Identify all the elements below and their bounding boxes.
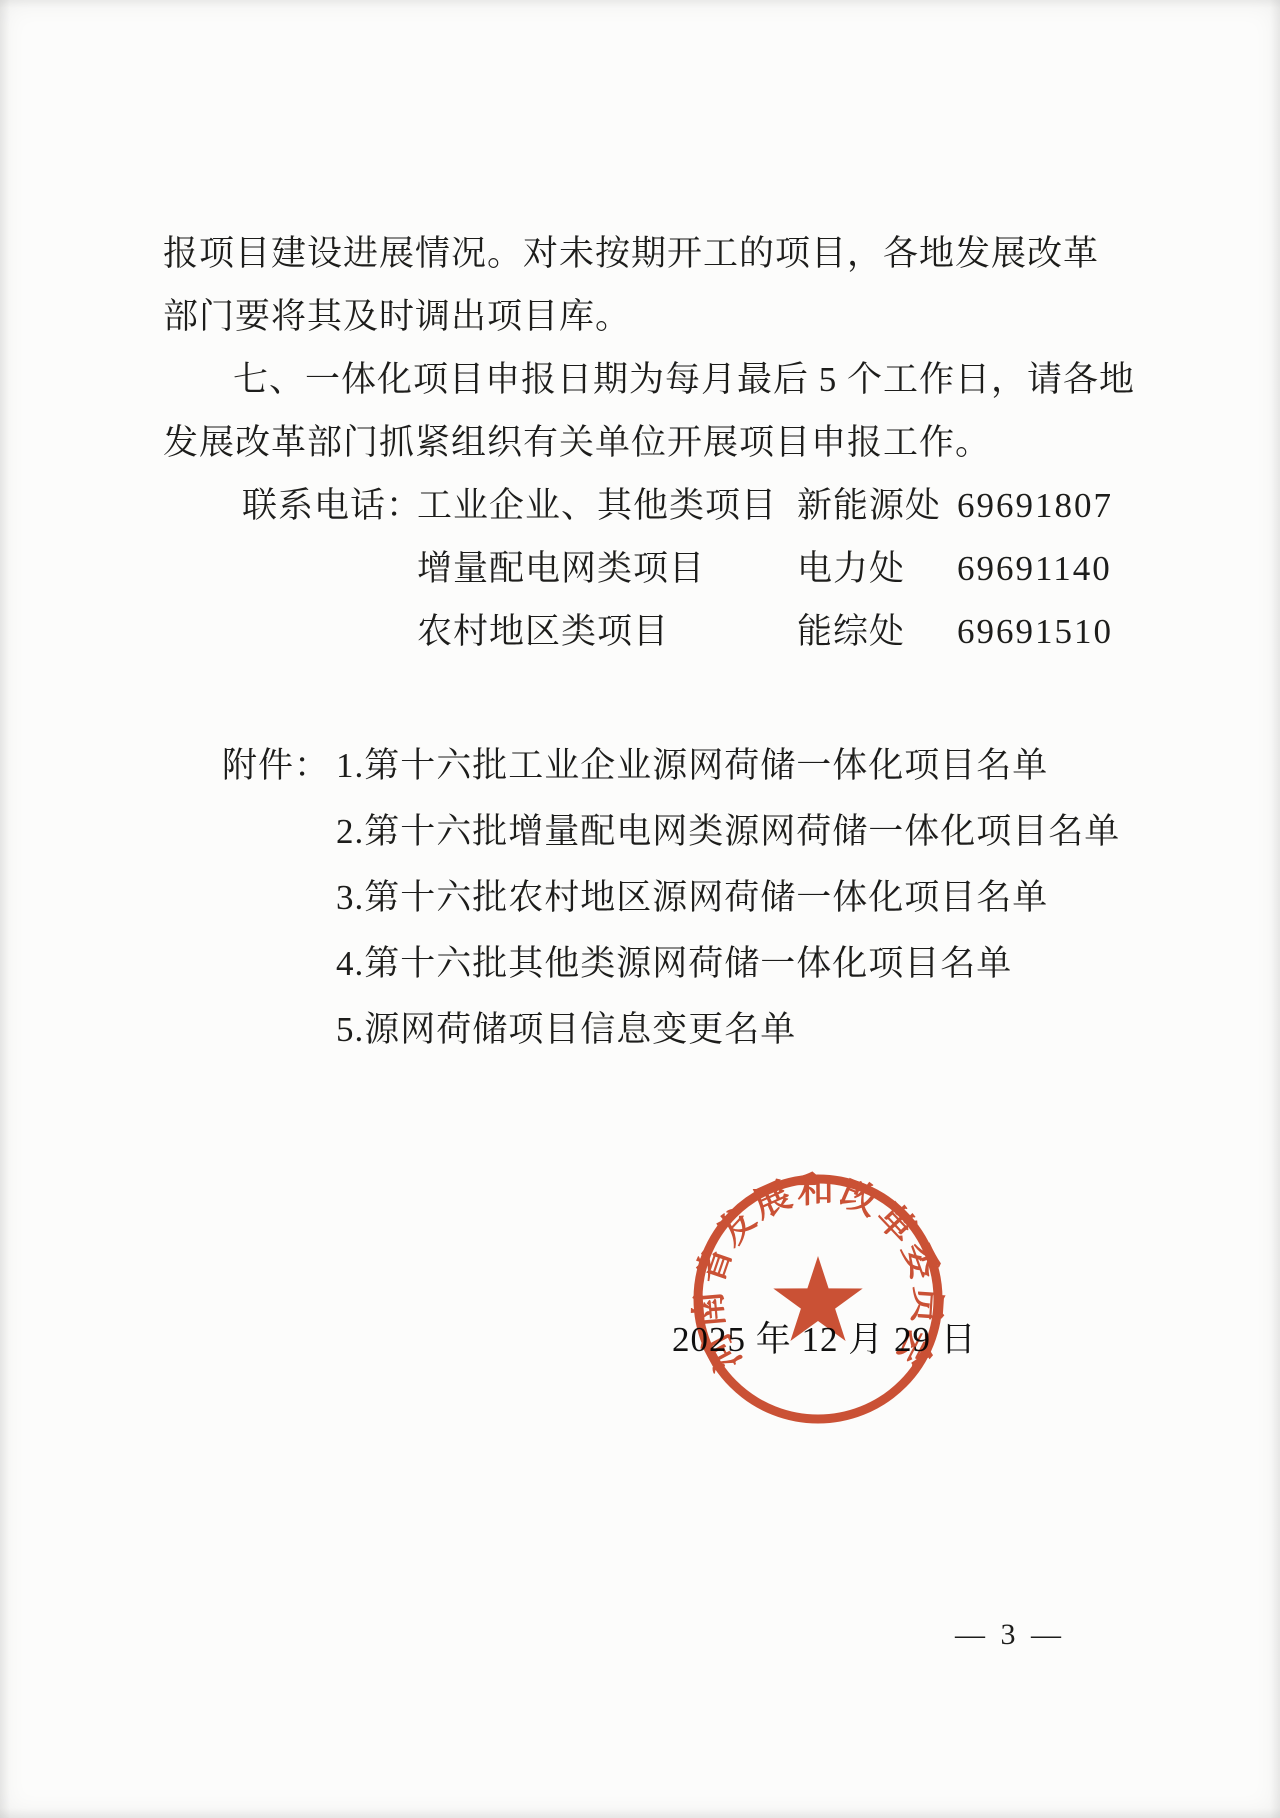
body-line: 七、一体化项目申报日期为每月最后 5 个工作日，请各地 xyxy=(163,348,1087,411)
attachment-item: 3.第十六批农村地区源网荷储一体化项目名单 xyxy=(336,865,1120,931)
body-line: 发展改革部门抓紧组织有关单位开展项目申报工作。 xyxy=(163,411,1087,474)
contact-row: 增量配电网类项目 电力处 69691140 xyxy=(163,537,1087,600)
attachment-item: 5.源网荷储项目信息变更名单 xyxy=(336,997,1120,1063)
contact-category: 增量配电网类项目 xyxy=(417,537,797,600)
contact-phone: 69691807 xyxy=(957,474,1113,537)
attachment-item: 1.第十六批工业企业源网荷储一体化项目名单 xyxy=(336,733,1120,799)
attachment-item: 4.第十六批其他类源网荷储一体化项目名单 xyxy=(336,931,1120,997)
attachments-label: 附件： xyxy=(222,733,330,1063)
contact-label xyxy=(242,600,417,663)
contact-department: 新能源处 xyxy=(797,474,957,537)
body-line: 部门要将其及时调出项目库。 xyxy=(163,285,1087,348)
scanned-document-page: 报项目建设进展情况。对未按期开工的项目，各地发展改革 部门要将其及时调出项目库。… xyxy=(0,0,1280,1818)
contact-department: 能综处 xyxy=(797,600,957,663)
contact-department: 电力处 xyxy=(797,537,957,600)
body-line: 报项目建设进展情况。对未按期开工的项目，各地发展改革 xyxy=(163,222,1087,285)
contact-label: 联系电话： xyxy=(242,474,417,537)
contact-row: 农村地区类项目 能综处 69691510 xyxy=(163,600,1087,663)
attachment-item: 2.第十六批增量配电网类源网荷储一体化项目名单 xyxy=(336,799,1120,865)
document-body: 报项目建设进展情况。对未按期开工的项目，各地发展改革 部门要将其及时调出项目库。… xyxy=(163,222,1087,1063)
attachments-items: 1.第十六批工业企业源网荷储一体化项目名单 2.第十六批增量配电网类源网荷储一体… xyxy=(336,733,1120,1063)
contact-category: 工业企业、其他类项目 xyxy=(417,474,797,537)
contact-phone: 69691140 xyxy=(957,537,1112,600)
attachments-list: 附件： 1.第十六批工业企业源网荷储一体化项目名单 2.第十六批增量配电网类源网… xyxy=(163,733,1087,1063)
contact-label xyxy=(242,537,417,600)
contact-phone: 69691510 xyxy=(957,600,1113,663)
page-number: — 3 — xyxy=(955,1618,1065,1652)
contact-phone-list: 联系电话： 工业企业、其他类项目 新能源处 69691807 增量配电网类项目 … xyxy=(163,474,1087,663)
seal-star-icon xyxy=(773,1256,862,1341)
contact-category: 农村地区类项目 xyxy=(417,600,797,663)
official-seal: 河南省发展和改革委员会 xyxy=(690,1171,946,1427)
contact-row: 联系电话： 工业企业、其他类项目 新能源处 69691807 xyxy=(163,474,1087,537)
